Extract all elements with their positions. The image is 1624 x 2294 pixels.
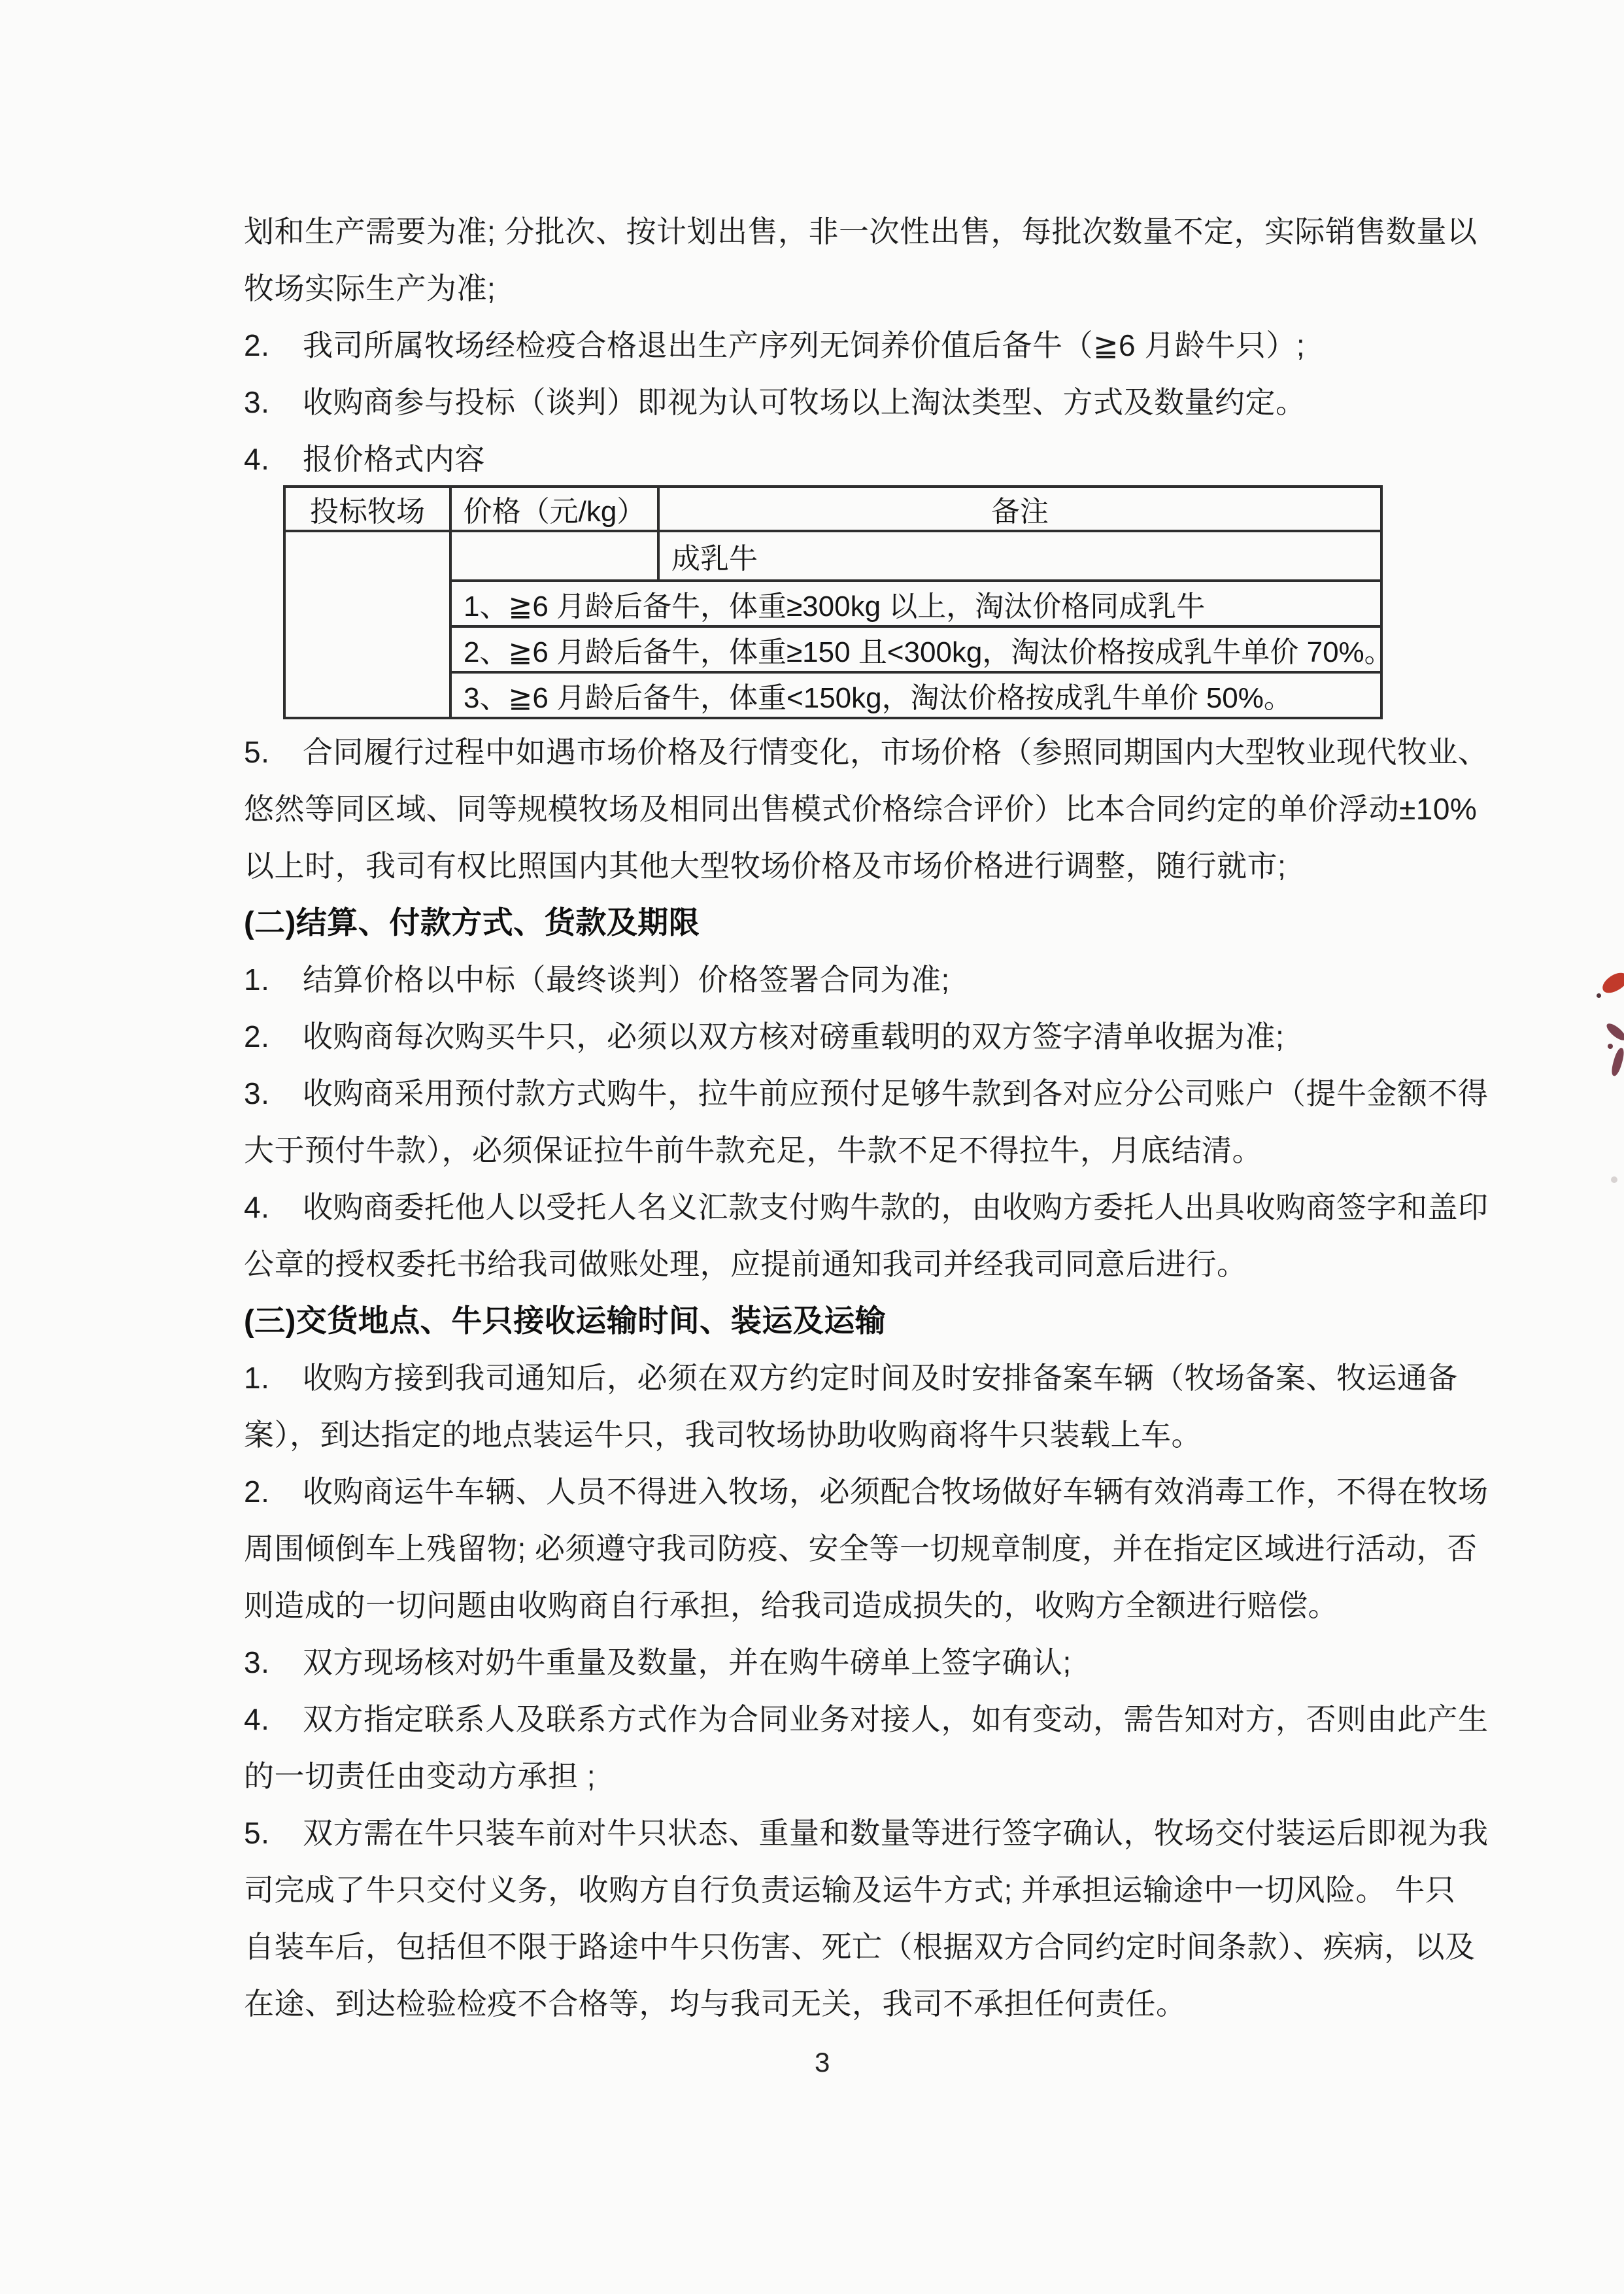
red-stamp-fragment-2 xyxy=(1604,1021,1624,1043)
list-number: 3. xyxy=(244,382,303,422)
list-number: 2. xyxy=(244,1471,303,1512)
table-header-price: 价格（元/kg） xyxy=(450,487,658,531)
table-header-row: 投标牧场 价格（元/kg） 备注 xyxy=(284,487,1381,531)
body-text-line: 牧场实际生产为准; xyxy=(244,268,1434,325)
table-cell-note-milk-cow: 成乳牛 xyxy=(658,531,1381,581)
page-number: 3 xyxy=(815,2047,830,2078)
list-item-line: 1.结算价格以中标（最终谈判）价格签署合同为准; xyxy=(244,959,1434,1016)
body-text-line: 则造成的一切问题由收购商自行承担，给我司造成损失的，收购方全额进行赔偿。 xyxy=(244,1585,1434,1642)
body-text-line: 大于预付牛款），必须保证拉牛前牛款充足，牛款不足不得拉牛，月底结清。 xyxy=(244,1130,1434,1187)
list-number: 3. xyxy=(244,1642,303,1683)
table-cell-merged-rule-3: 3、≧6 月龄后备牛，体重<150kg，淘汰价格按成乳牛单价 50%。 xyxy=(450,672,1381,718)
table-cell-price-empty xyxy=(450,531,658,581)
body-text-line: 以上时，我司有权比照国内其他大型牧场价格及市场价格进行调整，随行就市; xyxy=(244,846,1434,902)
price-table: 投标牧场 价格（元/kg） 备注 成乳牛 1、≧6 月龄后备牛，体重≥300kg… xyxy=(283,485,1383,719)
list-item-line: 4.双方指定联系人及联系方式作为合同业务对接人，如有变动，需告知对方，否则由此产… xyxy=(244,1699,1434,1756)
list-item-line: 3.收购商参与投标（谈判）即视为认可牧场以上淘汰类型、方式及数量约定。 xyxy=(244,382,1434,439)
list-item-line: 2.收购商运牛车辆、人员不得进入牧场，必须配合牧场做好车辆有效消毒工作，不得在牧… xyxy=(244,1471,1434,1528)
list-item-line: 1.收购方接到我司通知后，必须在双方约定时间及时安排备案车辆（牧场备案、牧运通备 xyxy=(244,1358,1434,1414)
list-number: 1. xyxy=(244,959,303,1000)
body-text-line: 司完成了牛只交付义务，收购方自行负责运输及运牛方式; 并承担运输途中一切风险。 … xyxy=(244,1870,1434,1926)
body-text-line: 周围倾倒车上残留物; 必须遵守我司防疫、安全等一切规章制度，并在指定区域进行活动… xyxy=(244,1528,1434,1585)
list-number: 2. xyxy=(244,325,303,366)
red-stamp-fragment-1 xyxy=(1599,970,1624,996)
body-text-line: 悠然等同区域、同等规模牧场及相同出售模式价格综合评价）比本合同约定的单价浮动±1… xyxy=(244,789,1434,846)
body-text-line: 自装车后，包括但不限于路途中牛只伤害、死亡（根据双方合同约定时间条款）、疾病，以… xyxy=(244,1926,1434,1983)
table-cell-farm-empty xyxy=(284,531,450,718)
list-number: 5. xyxy=(244,1813,303,1853)
body-text-line: 公章的授权委托书给我司做账处理，应提前通知我司并经我司同意后进行。 xyxy=(244,1244,1434,1301)
table-cell-merged-rule-1: 1、≧6 月龄后备牛，体重≥300kg 以上，淘汰价格同成乳牛 xyxy=(450,581,1381,626)
red-stamp-fragment-dot xyxy=(1597,993,1601,998)
red-stamp-fragment-3 xyxy=(1610,1047,1624,1077)
clause-heading-delivery: (三)交货地点、牛只接收运输时间、装运及运输 xyxy=(244,1301,1434,1358)
list-item-line: 3.收购商采用预付款方式购牛，拉牛前应预付足够牛款到各对应分公司账户（提牛金额不… xyxy=(244,1073,1434,1130)
document-page: 划和生产需要为准; 分批次、按计划出售，非一次性出售，每批次数量不定，实际销售数… xyxy=(0,0,1624,2294)
list-item-line: 3.双方现场核对奶牛重量及数量，并在购牛磅单上签字确认; xyxy=(244,1642,1434,1699)
document-body: 划和生产需要为准; 分批次、按计划出售，非一次性出售，每批次数量不定，实际销售数… xyxy=(244,211,1434,2040)
list-number: 3. xyxy=(244,1073,303,1114)
body-text-line: 案），到达指定的地点装运牛只，我司牧场协助收购商将牛只装载上车。 xyxy=(244,1414,1434,1471)
red-stamp-fragment-4 xyxy=(1608,1044,1613,1049)
body-text-line: 的一切责任由变动方承担 ; xyxy=(244,1756,1434,1813)
list-item-line: 4.收购商委托他人以受托人名义汇款支付购牛款的，由收购方委托人出具收购商签字和盖… xyxy=(244,1187,1434,1244)
list-item-line: 2.我司所属牧场经检疫合格退出生产序列无饲养价值后备牛（≧6 月龄牛只）; xyxy=(244,325,1434,382)
table-header-farm: 投标牧场 xyxy=(284,487,450,531)
list-number: 4. xyxy=(244,1187,303,1227)
list-number: 2. xyxy=(244,1016,303,1057)
scan-speck xyxy=(1611,1176,1617,1183)
table-header-note: 备注 xyxy=(658,487,1381,531)
list-number: 4. xyxy=(244,1699,303,1739)
clause-heading-settlement: (二)结算、付款方式、货款及期限 xyxy=(244,902,1434,959)
table-row: 成乳牛 xyxy=(284,531,1381,581)
list-number: 4. xyxy=(244,439,303,479)
list-item-line: 5.合同履行过程中如遇市场价格及行情变化，市场价格（参照同期国内大型牧业现代牧业… xyxy=(244,732,1434,789)
list-item-line: 5.双方需在牛只装车前对牛只状态、重量和数量等进行签字确认，牧场交付装运后即视为… xyxy=(244,1813,1434,1870)
list-number: 5. xyxy=(244,732,303,772)
list-item-line: 2.收购商每次购买牛只，必须以双方核对磅重载明的双方签字清单收据为准; xyxy=(244,1016,1434,1073)
body-text-line: 在途、到达检验检疫不合格等，均与我司无关，我司不承担任何责任。 xyxy=(244,1983,1434,2040)
table-cell-merged-rule-2: 2、≧6 月龄后备牛，体重≥150 且<300kg，淘汰价格按成乳牛单价 70%… xyxy=(450,626,1381,672)
body-text-line: 划和生产需要为准; 分批次、按计划出售，非一次性出售，每批次数量不定，实际销售数… xyxy=(244,211,1434,268)
list-number: 1. xyxy=(244,1358,303,1398)
